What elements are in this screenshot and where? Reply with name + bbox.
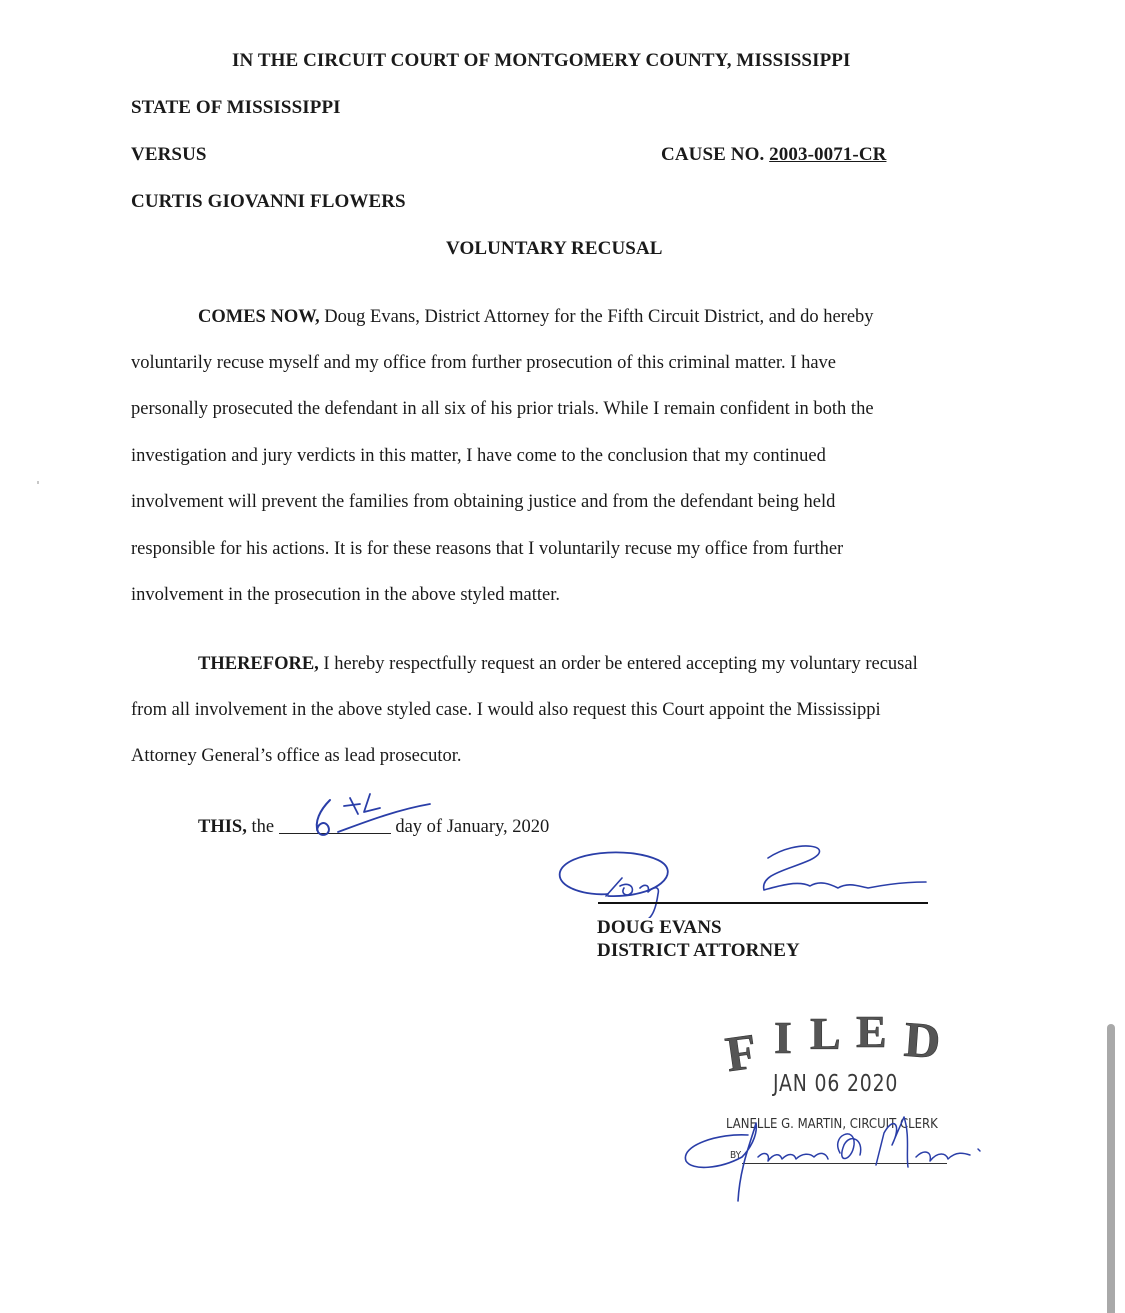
- document-title: VOLUNTARY RECUSAL: [446, 238, 663, 260]
- paragraph-line: involvement will prevent the families fr…: [131, 492, 835, 513]
- svg-text:L: L: [810, 1008, 841, 1059]
- filed-stamp-word: F I L E D: [724, 1003, 954, 1075]
- court-caption: IN THE CIRCUIT COURT OF MONTGOMERY COUNT…: [232, 50, 851, 72]
- paragraph-line: investigation and jury verdicts in this …: [131, 446, 826, 467]
- paragraph-lead: THEREFORE,: [198, 654, 319, 674]
- paragraph-line: THEREFORE, I hereby respectfully request…: [198, 654, 918, 675]
- svg-text:D: D: [902, 1011, 942, 1069]
- handwritten-day: [300, 788, 440, 840]
- signature-clerk: [680, 1105, 1000, 1205]
- paragraph-line: involvement in the prosecution in the ab…: [131, 585, 560, 606]
- svg-text:F: F: [724, 1023, 760, 1075]
- paragraph-line: voluntarily recuse myself and my office …: [131, 353, 836, 374]
- scan-speck: [37, 481, 39, 484]
- paragraph-line: Attorney General’s office as lead prosec…: [131, 746, 461, 767]
- paragraph-lead: COMES NOW,: [198, 307, 320, 327]
- defendant-name: CURTIS GIOVANNI FLOWERS: [131, 191, 406, 213]
- signatory-title: DISTRICT ATTORNEY: [597, 940, 800, 962]
- signature-doug-evans: [548, 838, 928, 918]
- paragraph-line: COMES NOW, Doug Evans, District Attorney…: [198, 307, 874, 328]
- paragraph-line: personally prosecuted the defendant in a…: [131, 399, 874, 420]
- paragraph-line: responsible for his actions. It is for t…: [131, 539, 843, 560]
- cause-label: CAUSE NO.: [661, 144, 764, 165]
- svg-text:E: E: [856, 1006, 887, 1057]
- filed-stamp-date: JAN 06 2020: [773, 1071, 898, 1097]
- paragraph-line: from all involvement in the above styled…: [131, 700, 881, 721]
- signature-line: [598, 902, 928, 904]
- svg-text:I: I: [774, 1012, 792, 1063]
- signatory-name: DOUG EVANS: [597, 917, 722, 939]
- versus-label: VERSUS: [131, 144, 207, 166]
- cause-number-block: CAUSE NO. 2003-0071-CR: [661, 144, 886, 166]
- vertical-scrollbar[interactable]: [1107, 1024, 1115, 1313]
- plaintiff-name: STATE OF MISSISSIPPI: [131, 97, 341, 119]
- cause-number: 2003-0071-CR: [769, 144, 886, 165]
